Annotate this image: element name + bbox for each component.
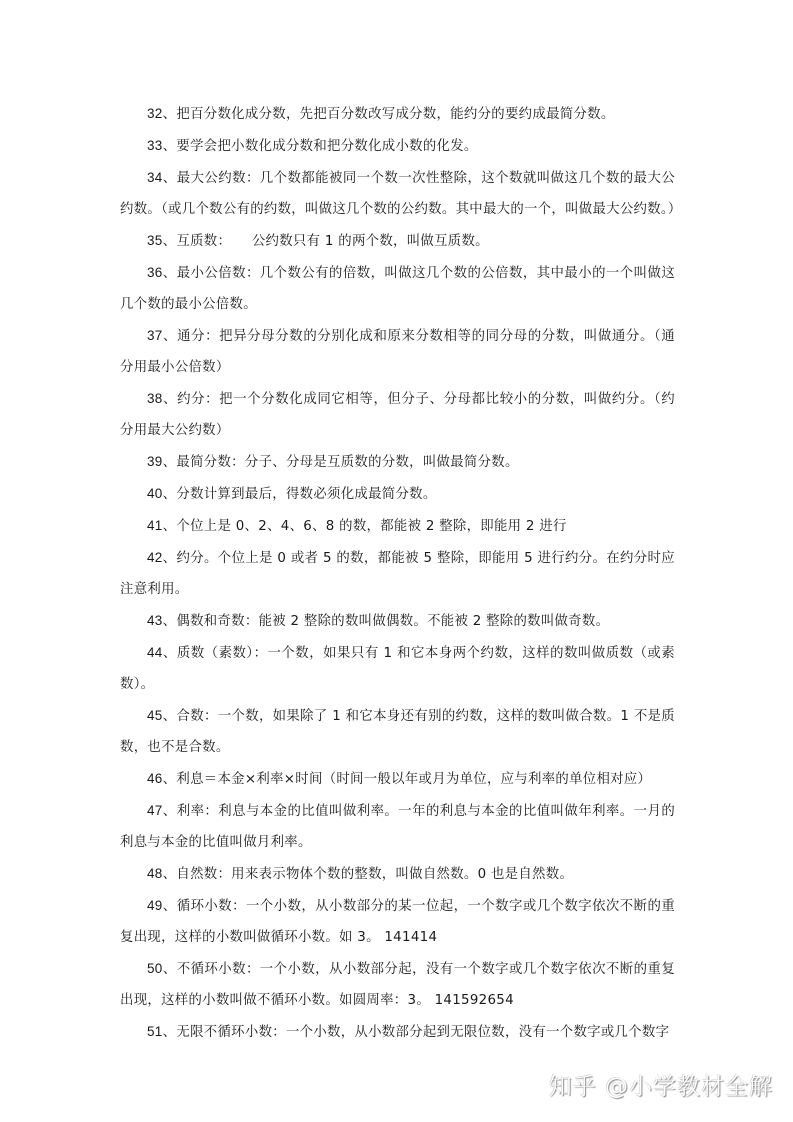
item-number: 46、 xyxy=(147,771,176,786)
list-item-49: 49、循环小数：一个小数，从小数部分的某一位起，一个数字或几个数字依次不断的重复… xyxy=(120,890,675,953)
item-number: 34、 xyxy=(147,170,177,185)
item-number: 35、 xyxy=(147,233,176,248)
item-text: 最小公倍数：几个数公有的倍数，叫做这几个数的公倍数，其中最小的一个叫做这几个数的… xyxy=(120,266,675,312)
item-number: 40、 xyxy=(147,486,176,501)
item-number: 38、 xyxy=(147,391,177,406)
item-number: 47、 xyxy=(147,803,177,818)
item-text: 利率：利息与本金的比值叫做利率。一年的利息与本金的比值叫做年利率。一月的利息与本… xyxy=(120,804,675,850)
list-item-41: 41、个位上是 0、2、4、6、8 的数，都能被 2 整除，即能用 2 进行 xyxy=(120,510,675,542)
list-item-45: 45、合数：一个数，如果除了 1 和它本身还有别的约数，这样的数叫做合数。1 不… xyxy=(120,700,675,763)
list-item-32: 32、把百分数化成分数，先把百分数改写成分数，能约分的要约成最简分数。 xyxy=(120,98,675,130)
item-number: 44、 xyxy=(147,645,177,660)
item-text: 互质数： 公约数只有 1 的两个数，叫做互质数。 xyxy=(176,234,488,249)
list-item-37: 37、通分：把异分母分数的分别化成和原来分数相等的同分母的分数，叫做通分。（通分… xyxy=(120,320,675,383)
item-text: 约分：把一个分数化成同它相等，但分子、分母都比较小的分数，叫做约分。（约分用最大… xyxy=(120,392,675,438)
list-item-47: 47、利率：利息与本金的比值叫做利率。一年的利息与本金的比值叫做年利率。一月的利… xyxy=(120,795,675,858)
item-number: 32、 xyxy=(147,106,176,121)
list-item-39: 39、最简分数：分子、分母是互质数的分数，叫做最简分数。 xyxy=(120,446,675,478)
list-item-43: 43、偶数和奇数：能被 2 整除的数叫做偶数。不能被 2 整除的数叫做奇数。 xyxy=(120,605,675,637)
list-item-42: 42、约分。个位上是 0 或者 5 的数，都能被 5 整除，即能用 5 进行约分… xyxy=(120,542,675,605)
item-number: 45、 xyxy=(147,708,177,723)
item-text: 不循环小数：一个小数，从小数部分起，没有一个数字或几个数字依次不断的重复出现，这… xyxy=(120,962,675,1008)
list-item-36: 36、最小公倍数：几个数公有的倍数，叫做这几个数的公倍数，其中最小的一个叫做这几… xyxy=(120,257,675,320)
item-number: 42、 xyxy=(147,550,177,565)
item-number: 36、 xyxy=(147,265,177,280)
item-text: 循环小数：一个小数，从小数部分的某一位起，一个数字或几个数字依次不断的重复出现，… xyxy=(120,899,675,945)
list-item-38: 38、约分：把一个分数化成同它相等，但分子、分母都比较小的分数，叫做约分。（约分… xyxy=(120,383,675,446)
watermark: 知乎 @小学教材全解 xyxy=(549,1068,773,1101)
item-number: 48、 xyxy=(147,866,176,881)
item-text: 分数计算到最后，得数必须化成最简分数。 xyxy=(176,487,436,502)
item-text: 质数（素数）：一个数，如果只有 1 和它本身两个约数，这样的数叫做质数（或素数）… xyxy=(120,646,675,692)
item-number: 51、 xyxy=(147,1024,176,1039)
item-text: 通分：把异分母分数的分别化成和原来分数相等的同分母的分数，叫做通分。（通分用最小… xyxy=(120,329,675,375)
item-number: 33、 xyxy=(147,138,176,153)
list-item-48: 48、自然数：用来表示物体个数的整数，叫做自然数。0 也是自然数。 xyxy=(120,858,675,890)
item-number: 49、 xyxy=(147,898,177,913)
item-number: 43、 xyxy=(147,613,176,628)
item-text: 最大公约数：几个数都能被同一个数一次性整除，这个数就叫做这几个数的最大公约数。（… xyxy=(120,171,682,217)
item-text: 合数：一个数，如果除了 1 和它本身还有别的约数，这样的数叫做合数。1 不是质数… xyxy=(120,709,675,755)
item-number: 41、 xyxy=(147,518,176,533)
item-number: 37、 xyxy=(147,328,177,343)
list-item-40: 40、分数计算到最后，得数必须化成最简分数。 xyxy=(120,478,675,510)
item-text: 要学会把小数化成分数和把分数化成小数的化发。 xyxy=(176,139,477,154)
item-text: 无限不循环小数：一个小数，从小数部分起到无限位数，没有一个数字或几个数字 xyxy=(176,1025,669,1040)
list-item-46: 46、利息＝本金×利率×时间（时间一般以年或月为单位，应与利率的单位相对应） xyxy=(120,763,675,795)
document-page: 32、把百分数化成分数，先把百分数改写成分数，能约分的要约成最简分数。 33、要… xyxy=(120,98,675,1048)
list-item-51: 51、无限不循环小数：一个小数，从小数部分起到无限位数，没有一个数字或几个数字 xyxy=(120,1016,675,1048)
item-text: 约分。个位上是 0 或者 5 的数，都能被 5 整除，即能用 5 进行约分。在约… xyxy=(120,551,675,597)
list-item-33: 33、要学会把小数化成分数和把分数化成小数的化发。 xyxy=(120,130,675,162)
item-text: 把百分数化成分数，先把百分数改写成分数，能约分的要约成最简分数。 xyxy=(176,107,614,122)
item-text: 个位上是 0、2、4、6、8 的数，都能被 2 整除，即能用 2 进行 xyxy=(176,519,566,534)
list-item-50: 50、不循环小数：一个小数，从小数部分起，没有一个数字或几个数字依次不断的重复出… xyxy=(120,953,675,1016)
list-item-44: 44、质数（素数）：一个数，如果只有 1 和它本身两个约数，这样的数叫做质数（或… xyxy=(120,637,675,700)
item-number: 50、 xyxy=(147,961,177,976)
item-text: 偶数和奇数：能被 2 整除的数叫做偶数。不能被 2 整除的数叫做奇数。 xyxy=(176,614,609,629)
list-item-34: 34、最大公约数：几个数都能被同一个数一次性整除，这个数就叫做这几个数的最大公约… xyxy=(120,162,675,225)
item-text: 自然数：用来表示物体个数的整数，叫做自然数。0 也是自然数。 xyxy=(176,867,573,882)
item-text: 利息＝本金×利率×时间（时间一般以年或月为单位，应与利率的单位相对应） xyxy=(176,772,651,787)
list-item-35: 35、互质数： 公约数只有 1 的两个数，叫做互质数。 xyxy=(120,225,675,257)
item-text: 最简分数：分子、分母是互质数的分数，叫做最简分数。 xyxy=(176,455,518,470)
item-number: 39、 xyxy=(147,454,176,469)
